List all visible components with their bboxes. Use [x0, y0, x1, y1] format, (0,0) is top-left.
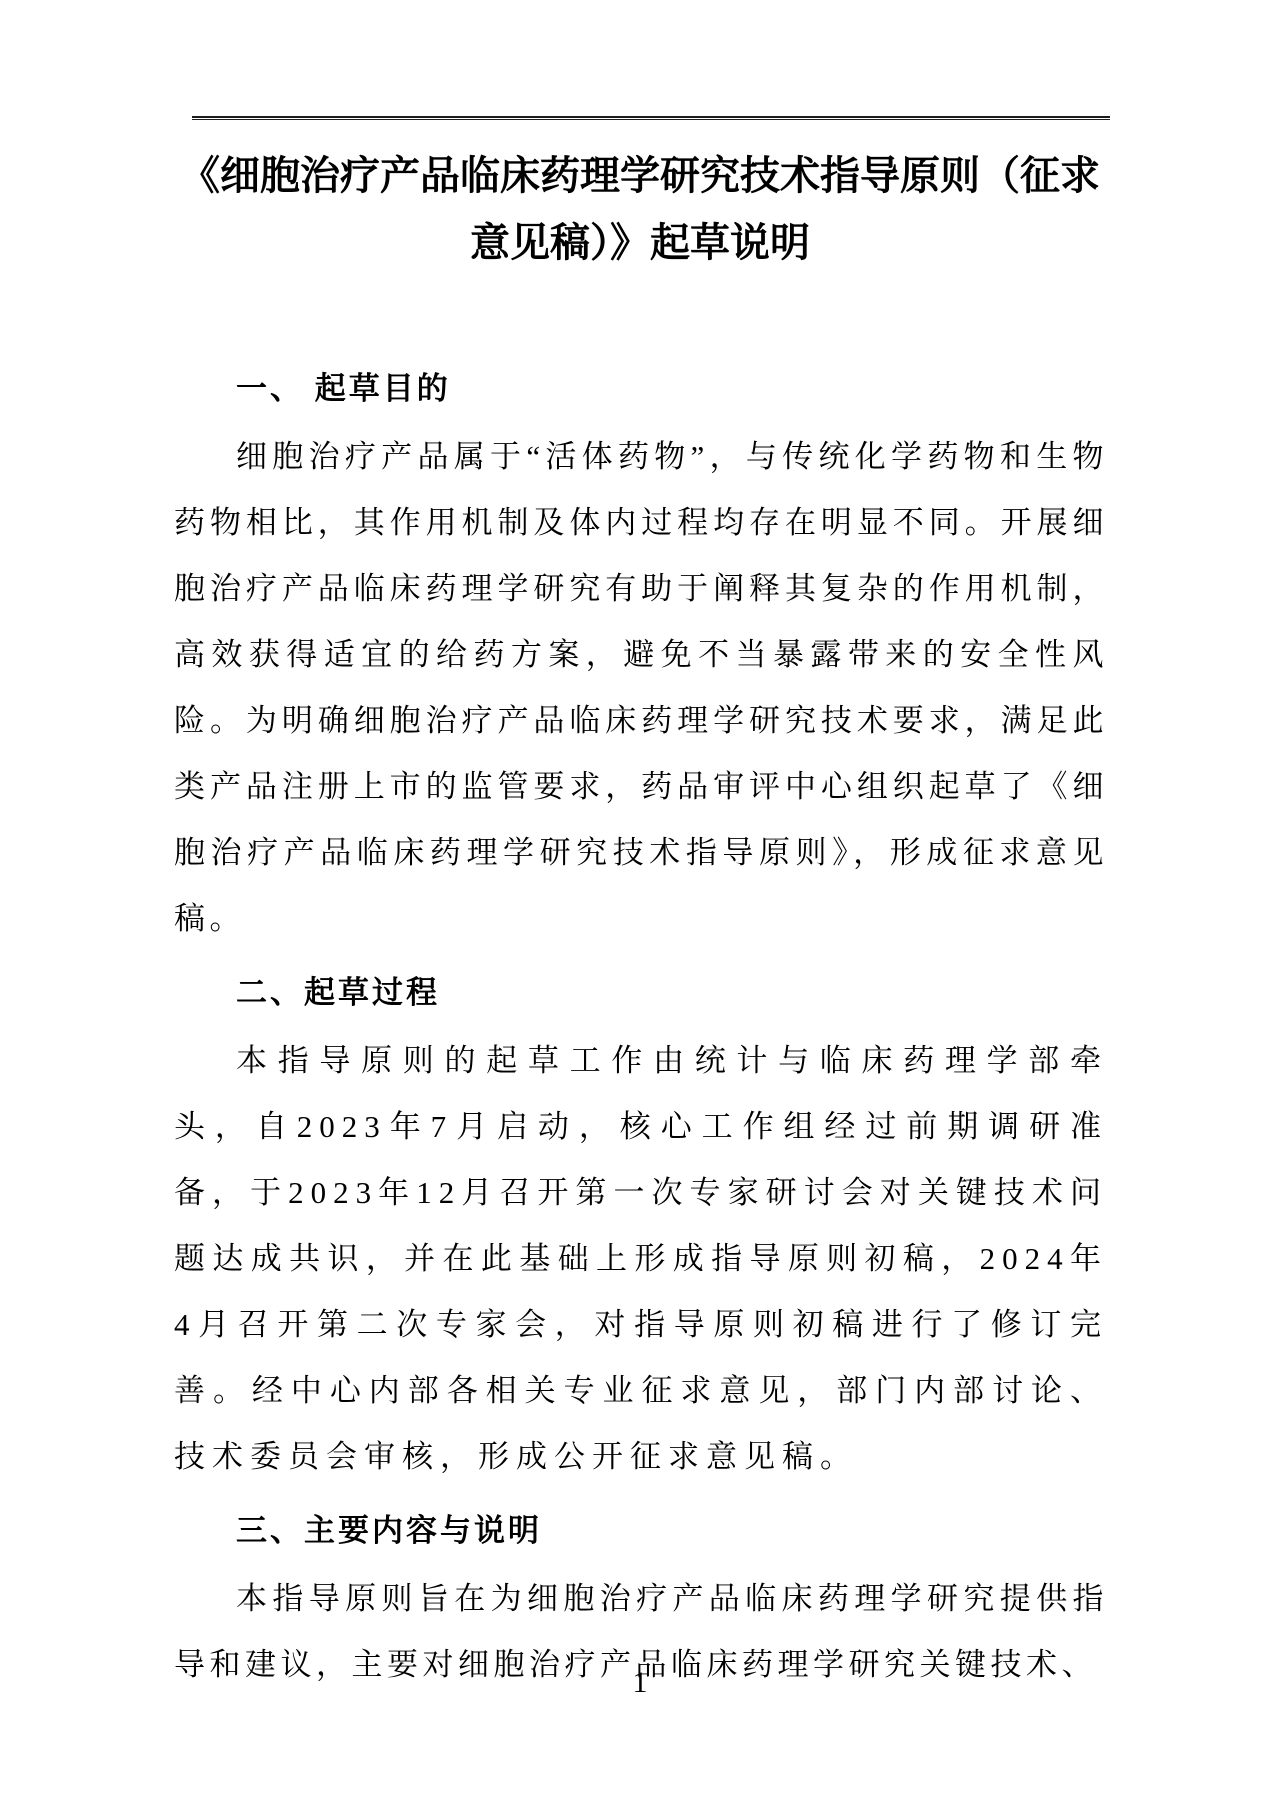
document-body: 一、 起草目的 细胞治疗产品属于“活体药物”，与传统化学药物和生物药物相比，其作… [174, 356, 1108, 1698]
section-heading-main-content: 三、主要内容与说明 [174, 1498, 1108, 1564]
header-rule [192, 116, 1110, 120]
document-title: 《细胞治疗产品临床药理学研究技术指导原则（征求 意见稿）》起草说明 [0, 142, 1280, 276]
document-title-line2: 意见稿）》起草说明 [0, 209, 1280, 276]
section-heading-drafting-purpose: 一、 起草目的 [174, 356, 1108, 422]
page-number: 1 [0, 1650, 1280, 1716]
document-page: 《细胞治疗产品临床药理学研究技术指导原则（征求 意见稿）》起草说明 一、 起草目… [0, 0, 1280, 1810]
section-paragraph-drafting-process: 本指导原则的起草工作由统计与临床药理学部牵头，自2023年7月启动，核心工作组经… [174, 1028, 1108, 1490]
section-heading-drafting-process: 二、起草过程 [174, 960, 1108, 1026]
section-paragraph-drafting-purpose: 细胞治疗产品属于“活体药物”，与传统化学药物和生物药物相比，其作用机制及体内过程… [174, 424, 1108, 952]
document-title-line1: 《细胞治疗产品临床药理学研究技术指导原则（征求 [0, 142, 1280, 209]
